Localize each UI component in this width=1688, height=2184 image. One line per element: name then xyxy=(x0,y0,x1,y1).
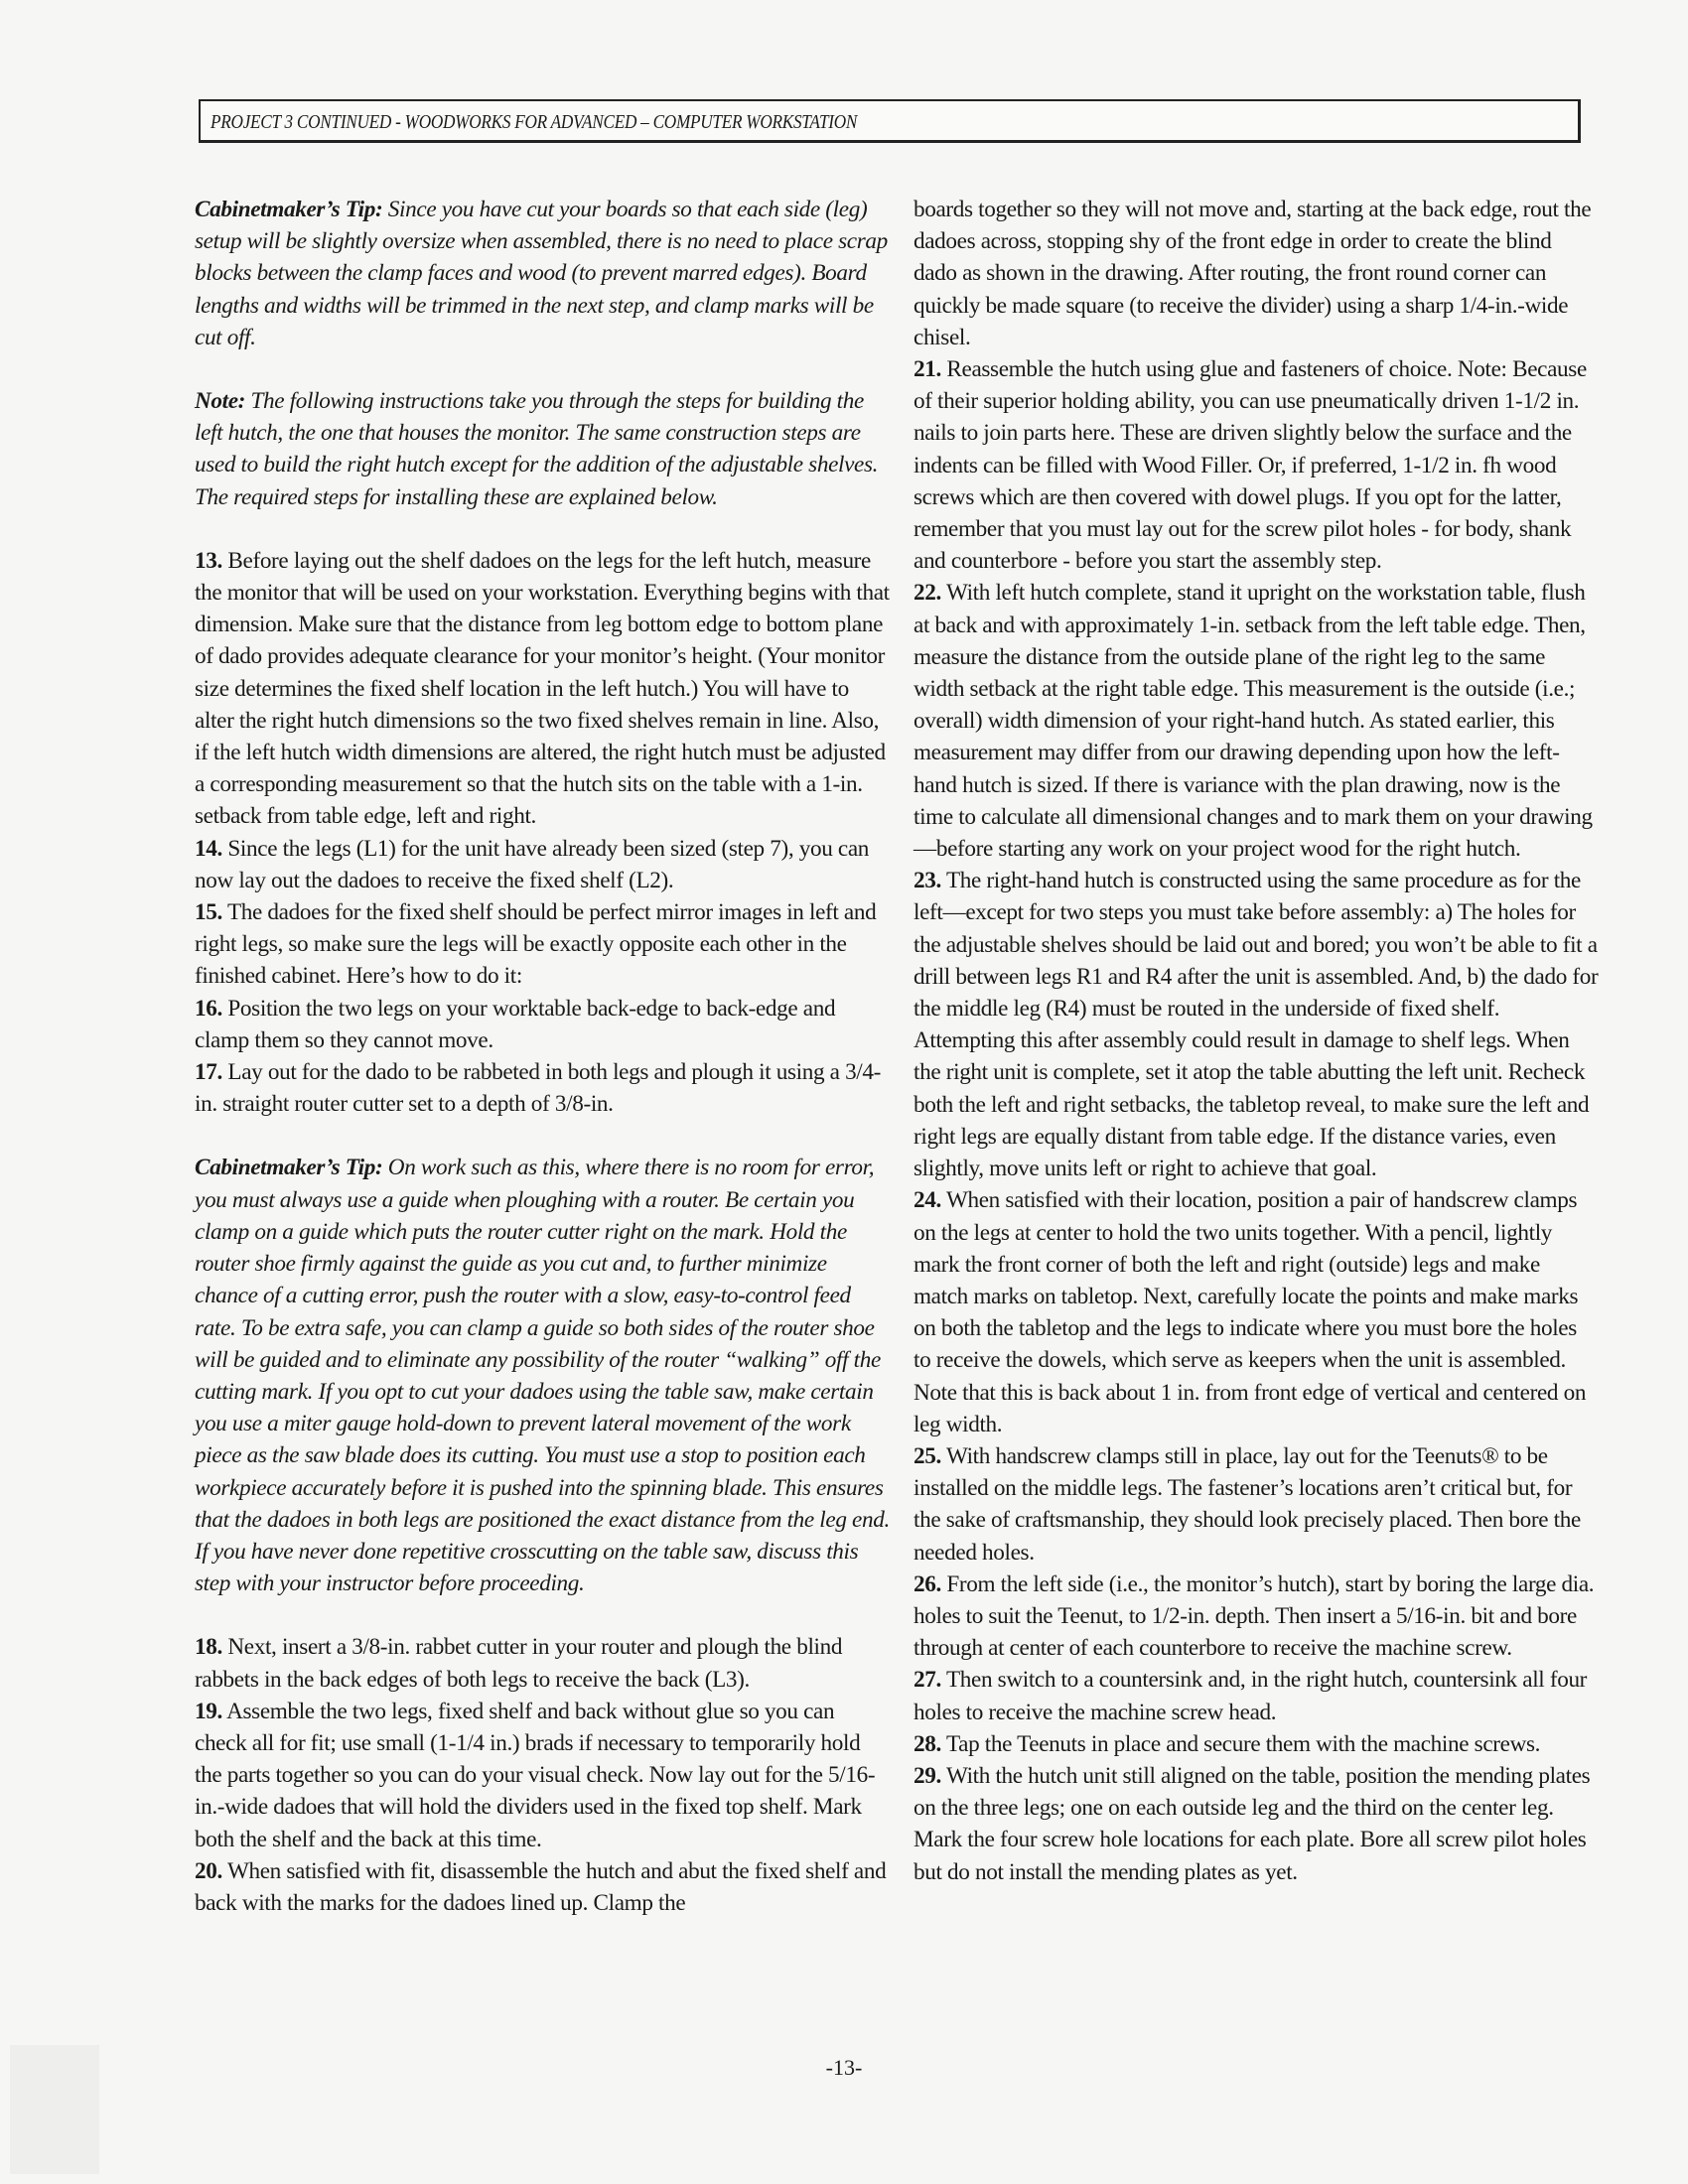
tip-lead: Cabinetmaker’s Tip: xyxy=(195,197,382,222)
step-number: 14. xyxy=(195,836,222,862)
step-number: 15. xyxy=(195,899,222,925)
step-number: 19. xyxy=(195,1699,222,1724)
step-text: Lay out for the dado to be rabbeted in b… xyxy=(195,1059,881,1117)
step-number: 20. xyxy=(195,1858,222,1884)
step-24: 24. When satisfied with their location, … xyxy=(914,1184,1599,1440)
step-text: Tap the Teenuts in place and secure them… xyxy=(941,1731,1540,1757)
cabinetmakers-tip-2: Cabinetmaker’s Tip: On work such as this… xyxy=(195,1152,890,1599)
page-number: -13- xyxy=(0,2055,1688,2081)
step-text: The right-hand hutch is constructed usin… xyxy=(914,868,1598,1181)
step-26: 26. From the left side (i.e., the monito… xyxy=(914,1569,1599,1665)
step-text: The dadoes for the fixed shelf should be… xyxy=(195,899,876,989)
step-number: 17. xyxy=(195,1059,222,1085)
step-number: 18. xyxy=(195,1634,222,1660)
step-number: 25. xyxy=(914,1443,941,1469)
step-15: 15. The dadoes for the fixed shelf shoul… xyxy=(195,896,890,993)
step-text: Then switch to a countersink and, in the… xyxy=(914,1667,1587,1724)
step-20: 20. When satisfied with fit, disassemble… xyxy=(195,1855,890,1919)
note-lead: Note: xyxy=(195,388,245,414)
step-text: With handscrew clamps still in place, la… xyxy=(914,1443,1581,1566)
step-23: 23. The right-hand hutch is constructed … xyxy=(914,865,1599,1184)
step-text: Since the legs (L1) for the unit have al… xyxy=(195,836,869,893)
step-19: 19. Assemble the two legs, fixed shelf a… xyxy=(195,1696,890,1855)
step-number: 23. xyxy=(914,868,941,893)
tip-text: On work such as this, where there is no … xyxy=(195,1155,890,1596)
step-13: 13. Before laying out the shelf dadoes o… xyxy=(195,545,890,833)
step-number: 26. xyxy=(914,1571,941,1597)
step-number: 29. xyxy=(914,1763,941,1789)
step-21: 21. Reassemble the hutch using glue and … xyxy=(914,353,1599,577)
step-number: 21. xyxy=(914,356,941,382)
step-number: 22. xyxy=(914,580,941,606)
left-column: Cabinetmaker’s Tip: Since you have cut y… xyxy=(195,194,890,1919)
header-title: PROJECT 3 CONTINUED - WOODWORKS FOR ADVA… xyxy=(211,111,857,134)
step-number: 13. xyxy=(195,548,222,574)
step-text: Next, insert a 3/8-in. rabbet cutter in … xyxy=(195,1634,842,1692)
step-20-continuation: boards together so they will not move an… xyxy=(914,194,1599,353)
step-text: Assemble the two legs, fixed shelf and b… xyxy=(195,1699,875,1852)
step-number: 28. xyxy=(914,1731,941,1757)
step-17: 17. Lay out for the dado to be rabbeted … xyxy=(195,1056,890,1120)
note-block: Note: The following instructions take yo… xyxy=(195,385,890,513)
page-header: PROJECT 3 CONTINUED - WOODWORKS FOR ADVA… xyxy=(199,99,1581,143)
note-text: The following instructions take you thro… xyxy=(195,388,878,510)
step-18: 18. Next, insert a 3/8-in. rabbet cutter… xyxy=(195,1631,890,1695)
step-25: 25. With handscrew clamps still in place… xyxy=(914,1440,1599,1569)
step-number: 24. xyxy=(914,1187,941,1213)
tip-lead: Cabinetmaker’s Tip: xyxy=(195,1155,382,1180)
step-27: 27. Then switch to a countersink and, in… xyxy=(914,1664,1599,1727)
step-text: When satisfied with their location, posi… xyxy=(914,1187,1586,1436)
cabinetmakers-tip-1: Cabinetmaker’s Tip: Since you have cut y… xyxy=(195,194,890,353)
step-number: 16. xyxy=(195,996,222,1022)
step-text: With left hutch complete, stand it uprig… xyxy=(914,580,1593,862)
step-number: 27. xyxy=(914,1667,941,1693)
right-column: boards together so they will not move an… xyxy=(914,194,1599,1888)
step-29: 29. With the hutch unit still aligned on… xyxy=(914,1760,1599,1888)
step-text: With the hutch unit still aligned on the… xyxy=(914,1763,1590,1885)
step-16: 16. Position the two legs on your workta… xyxy=(195,993,890,1056)
step-text: Before laying out the shelf dadoes on th… xyxy=(195,548,890,830)
step-text: Reassemble the hutch using glue and fast… xyxy=(914,356,1587,574)
step-text: When satisfied with fit, disassemble the… xyxy=(195,1858,886,1916)
step-22: 22. With left hutch complete, stand it u… xyxy=(914,577,1599,865)
step-text: From the left side (i.e., the monitor’s … xyxy=(914,1571,1594,1661)
step-28: 28. Tap the Teenuts in place and secure … xyxy=(914,1728,1599,1760)
step-text: Position the two legs on your worktable … xyxy=(195,996,835,1053)
spacer xyxy=(195,1120,890,1152)
step-14: 14. Since the legs (L1) for the unit hav… xyxy=(195,833,890,896)
